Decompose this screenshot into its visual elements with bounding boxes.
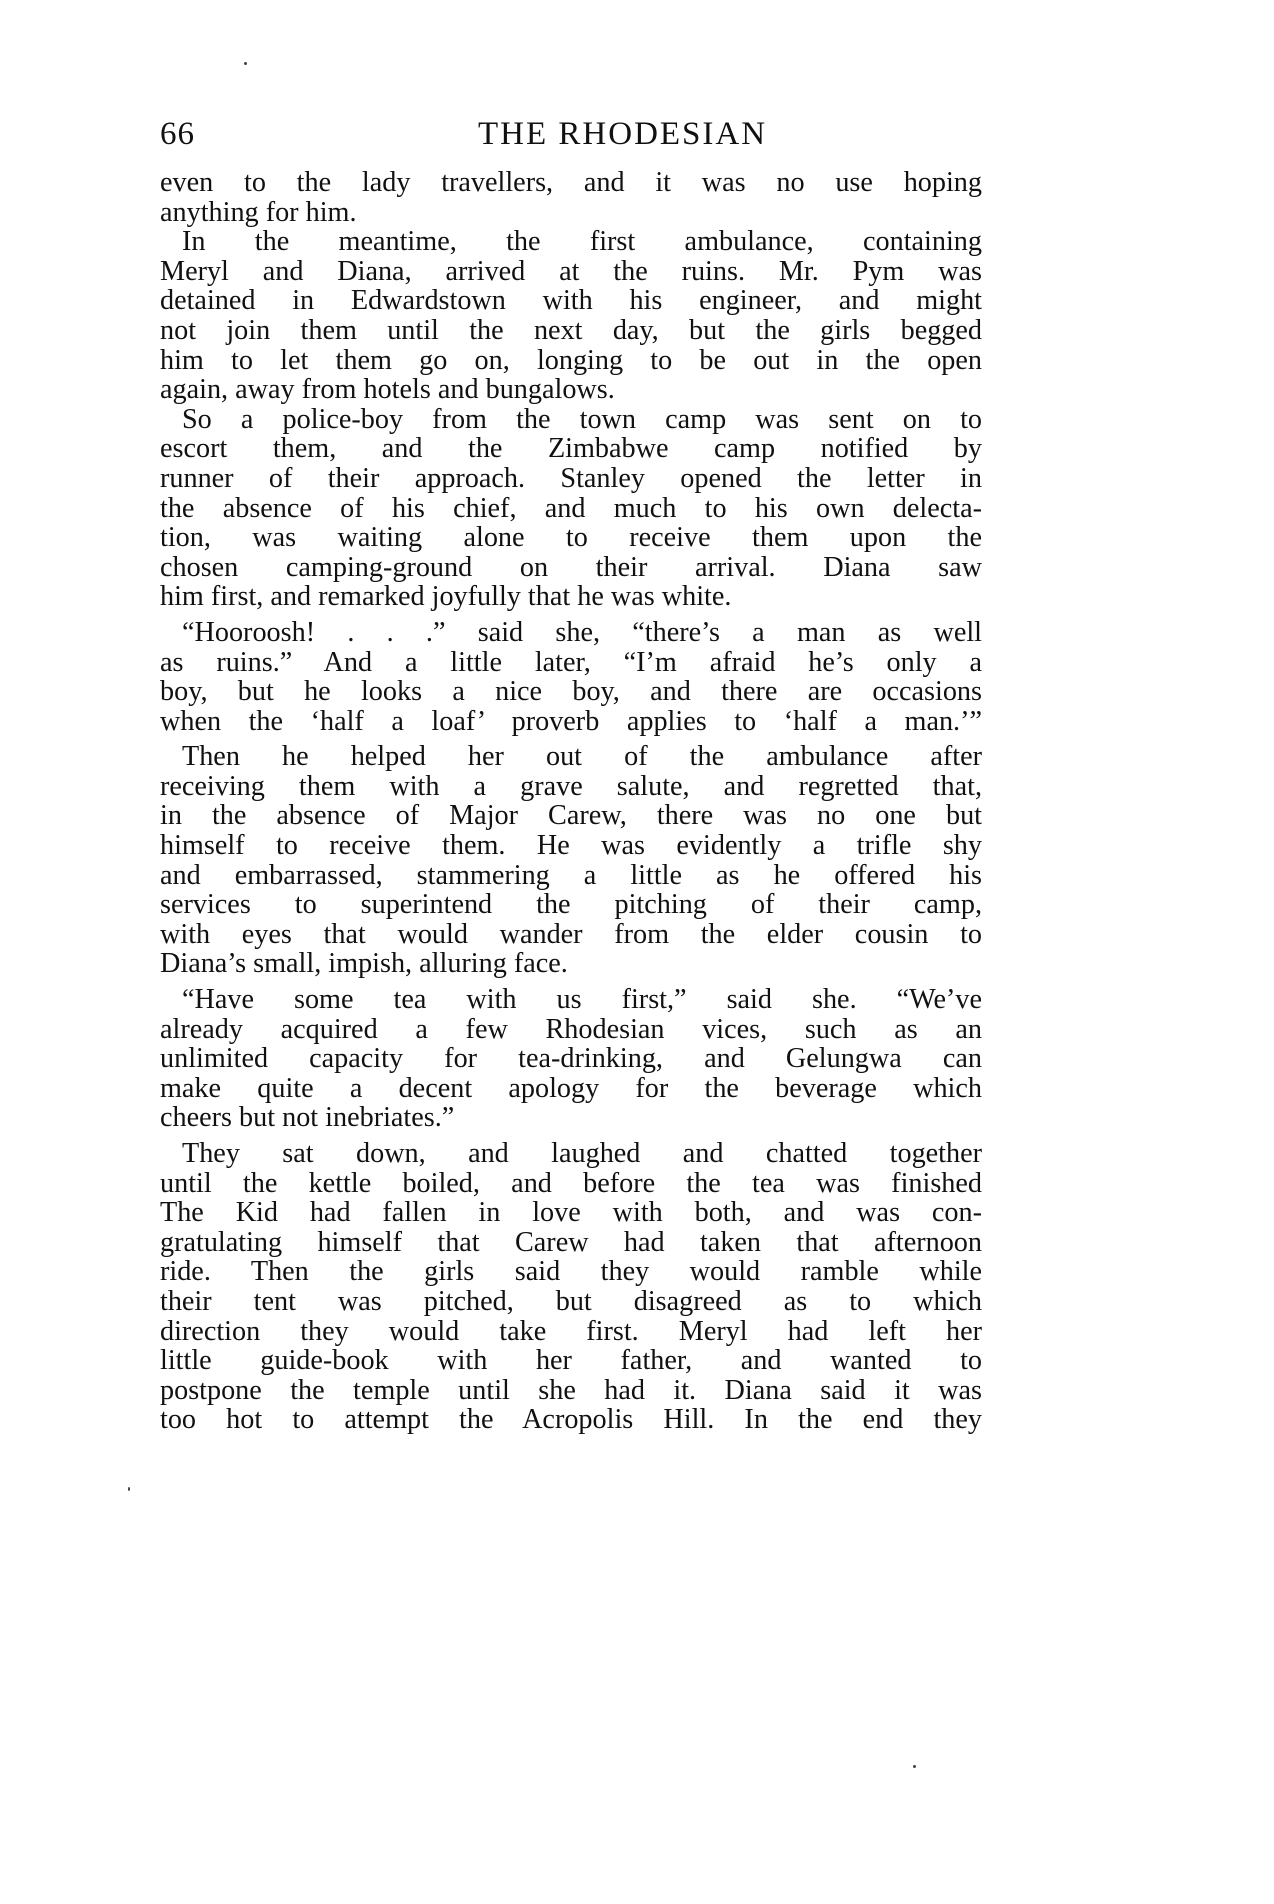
text-line: services to superintend the pitching of … xyxy=(160,890,982,920)
paragraph: Then he helped her out of the ambulance … xyxy=(160,742,982,979)
text-line: detained in Edwardstown with his enginee… xyxy=(160,286,982,316)
text-line: ride. Then the girls said they would ram… xyxy=(160,1257,982,1287)
text-line: himself to receive them. He was evidentl… xyxy=(160,831,982,861)
text-line: tion, was waiting alone to receive them … xyxy=(160,523,982,553)
text-line: direction they would take first. Meryl h… xyxy=(160,1317,982,1347)
text-line: Meryl and Diana, arrived at the ruins. M… xyxy=(160,257,982,287)
text-line: even to the lady travellers, and it was … xyxy=(160,168,982,198)
text-line: little guide-book with her father, and w… xyxy=(160,1346,982,1376)
text-line: Then he helped her out of the ambulance … xyxy=(160,742,982,772)
text-line: In the meantime, the first ambulance, co… xyxy=(160,227,982,257)
text-line: as ruins.” And a little later, “I’m afra… xyxy=(160,648,982,678)
text-line: receiving them with a grave salute, and … xyxy=(160,772,982,802)
paragraph: So a police-boy from the town camp was s… xyxy=(160,405,982,612)
text-line: chosen camping-ground on their arrival. … xyxy=(160,553,982,583)
text-line: gratulating himself that Carew had taken… xyxy=(160,1228,982,1258)
page-header: 66 THE RHODESIAN xyxy=(160,108,982,168)
running-title: THE RHODESIAN xyxy=(478,116,767,153)
paragraph: “Hooroosh! . . .” said she, “there’s a m… xyxy=(160,618,982,736)
scan-speck xyxy=(244,62,247,65)
text-line: anything for him. xyxy=(160,198,982,228)
text-line: postpone the temple until she had it. Di… xyxy=(160,1376,982,1406)
text-line: him to let them go on, longing to be out… xyxy=(160,346,982,376)
text-line: Diana’s small, impish, alluring face. xyxy=(160,949,982,979)
text-line: make quite a decent apology for the beve… xyxy=(160,1074,982,1104)
page-number: 66 xyxy=(160,116,195,153)
text-line: escort them, and the Zimbabwe camp notif… xyxy=(160,434,982,464)
paragraph: They sat down, and laughed and chatted t… xyxy=(160,1139,982,1435)
text-line: until the kettle boiled, and before the … xyxy=(160,1169,982,1199)
text-line: with eyes that would wander from the eld… xyxy=(160,920,982,950)
text-line: and embarrassed, stammering a little as … xyxy=(160,861,982,891)
text-line: cheers but not inebriates.” xyxy=(160,1103,982,1133)
text-line: boy, but he looks a nice boy, and there … xyxy=(160,677,982,707)
body-text: even to the lady travellers, and it was … xyxy=(160,168,982,1435)
book-page: 66 THE RHODESIAN even to the lady travel… xyxy=(160,108,982,1435)
paragraph: even to the lady travellers, and it was … xyxy=(160,168,982,227)
text-line: when the ‘half a loaf’ proverb applies t… xyxy=(160,707,982,737)
text-line: They sat down, and laughed and chatted t… xyxy=(160,1139,982,1169)
text-line: too hot to attempt the Acropolis Hill. I… xyxy=(160,1405,982,1435)
paragraph: “Have some tea with us first,” said she.… xyxy=(160,985,982,1133)
text-line: “Hooroosh! . . .” said she, “there’s a m… xyxy=(160,618,982,648)
text-line: already acquired a few Rhodesian vices, … xyxy=(160,1015,982,1045)
text-line: The Kid had fallen in love with both, an… xyxy=(160,1198,982,1228)
text-line: unlimited capacity for tea-drinking, and… xyxy=(160,1044,982,1074)
text-line: “Have some tea with us first,” said she.… xyxy=(160,985,982,1015)
text-line: again, away from hotels and bungalows. xyxy=(160,375,982,405)
text-line: him first, and remarked joyfully that he… xyxy=(160,582,982,612)
scan-speck xyxy=(913,1765,916,1768)
paragraph: In the meantime, the first ambulance, co… xyxy=(160,227,982,405)
text-line: the absence of his chief, and much to hi… xyxy=(160,494,982,524)
text-line: runner of their approach. Stanley opened… xyxy=(160,464,982,494)
text-line: So a police-boy from the town camp was s… xyxy=(160,405,982,435)
text-line: their tent was pitched, but disagreed as… xyxy=(160,1287,982,1317)
text-line: in the absence of Major Carew, there was… xyxy=(160,801,982,831)
text-line: not join them until the next day, but th… xyxy=(160,316,982,346)
scan-speck xyxy=(128,1487,130,1491)
